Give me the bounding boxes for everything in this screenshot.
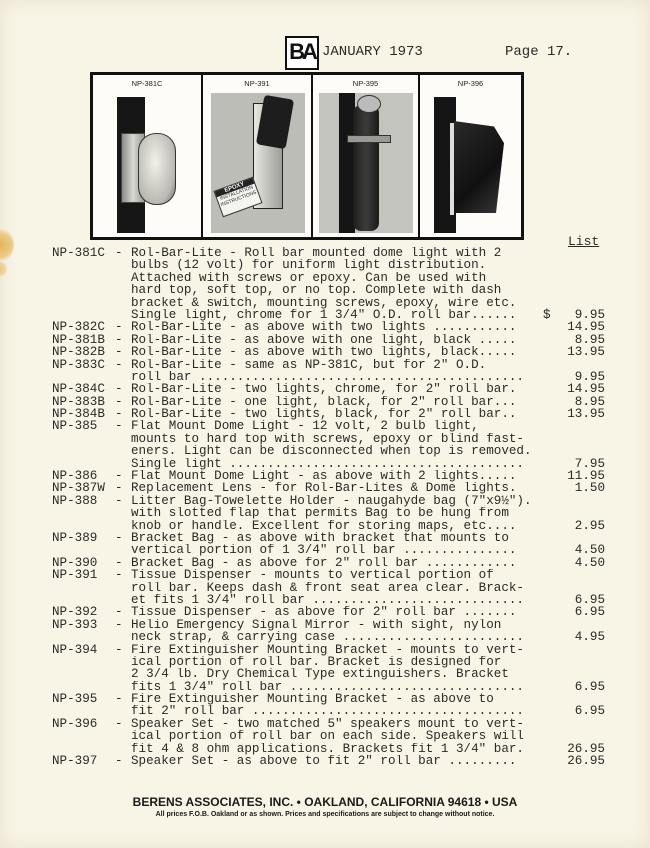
separator xyxy=(115,507,131,519)
entry-line: NP-386-Flat Mount Dome Light - as above … xyxy=(52,470,612,482)
item-description: vertical portion of 1 3/4" roll bar ....… xyxy=(131,544,543,556)
entry-line: NP-381B-Rol-Bar-Lite - as above with one… xyxy=(52,334,612,346)
catalog-entry: NP-391-Tissue Dispenser - mounts to vert… xyxy=(52,569,612,606)
part-number: NP-385 xyxy=(52,420,115,432)
list-price: 14.95 xyxy=(561,321,605,333)
item-description: Flat Mount Dome Light - as above with 2 … xyxy=(131,470,543,482)
item-description: ical portion of roll bar. Bracket is des… xyxy=(131,656,543,668)
item-description: bulbs (12 volt) for uniform light distri… xyxy=(131,259,543,271)
dome-light-lens-image xyxy=(138,133,176,205)
currency-symbol xyxy=(543,681,561,693)
currency-symbol xyxy=(543,569,561,581)
currency-symbol xyxy=(543,557,561,569)
currency-symbol xyxy=(543,482,561,494)
list-price: 13.95 xyxy=(561,408,605,420)
catalog-entry: NP-381C-Rol-Bar-Lite - Roll bar mounted … xyxy=(52,247,612,321)
item-description: Rol-Bar-Lite - one light, black, for 2" … xyxy=(131,396,543,408)
separator xyxy=(115,297,131,309)
list-price: 14.95 xyxy=(561,383,605,395)
catalog-entry: NP-389-Bracket Bag - as above with brack… xyxy=(52,532,612,557)
separator xyxy=(115,544,131,556)
entry-line: NP-388-Litter Bag-Towelette Holder - nau… xyxy=(52,495,612,507)
list-price: 13.95 xyxy=(561,346,605,358)
currency-symbol xyxy=(543,420,561,432)
list-price: 6.95 xyxy=(561,705,605,717)
currency-symbol xyxy=(543,284,561,296)
list-price xyxy=(561,718,605,730)
list-price xyxy=(561,259,605,271)
catalog-entry: NP-383C-Rol-Bar-Lite - same as NP-381C, … xyxy=(52,359,612,384)
item-description: Single light, chrome for 1 3/4" O.D. rol… xyxy=(131,309,543,321)
currency-symbol xyxy=(543,247,561,259)
list-price xyxy=(561,284,605,296)
entry-line: fits 1 3/4" roll bar ...................… xyxy=(52,681,612,693)
entry-line: vertical portion of 1 3/4" roll bar ....… xyxy=(52,544,612,556)
list-price xyxy=(561,507,605,519)
item-description: Rol-Bar-Lite - as above with two lights,… xyxy=(131,346,543,358)
part-number xyxy=(52,730,115,742)
currency-symbol xyxy=(543,594,561,606)
entry-line: hard top, soft top, or no top. Complete … xyxy=(52,284,612,296)
catalog-entry: NP-396-Speaker Set - two matched 5" spea… xyxy=(52,718,612,755)
separator: - xyxy=(115,247,131,259)
entry-line: NP-390-Bracket Bag - as above for 2" rol… xyxy=(52,557,612,569)
currency-symbol xyxy=(543,359,561,371)
separator: - xyxy=(115,718,131,730)
entry-line: NP-387W-Replacement Lens - for Rol-Bar-L… xyxy=(52,482,612,494)
part-number: NP-382C xyxy=(52,321,115,333)
part-number: NP-393 xyxy=(52,619,115,631)
catalog-entry: NP-394-Fire Extinguisher Mounting Bracke… xyxy=(52,644,612,694)
entry-line: NP-396-Speaker Set - two matched 5" spea… xyxy=(52,718,612,730)
currency-symbol xyxy=(543,445,561,457)
page-number: Page 17. xyxy=(505,44,572,60)
catalog-entry: NP-386-Flat Mount Dome Light - as above … xyxy=(52,470,612,482)
photo-label: NP-391 xyxy=(203,79,311,88)
currency-symbol xyxy=(543,383,561,395)
part-number: NP-397 xyxy=(52,755,115,767)
currency-symbol xyxy=(543,619,561,631)
item-description: Single light ...........................… xyxy=(131,458,543,470)
photo-label: NP-396 xyxy=(420,79,521,88)
item-description: Tissue Dispenser - as above for 2" roll … xyxy=(131,606,543,618)
photo-label: NP-395 xyxy=(313,79,418,88)
currency-symbol xyxy=(543,656,561,668)
list-price: 26.95 xyxy=(561,755,605,767)
currency-symbol xyxy=(543,321,561,333)
list-price: 4.50 xyxy=(561,557,605,569)
separator xyxy=(115,259,131,271)
item-description: 2 3/4 lb. Dry Chemical Type extinguisher… xyxy=(131,668,543,680)
part-number: NP-381C xyxy=(52,247,115,259)
separator: - xyxy=(115,482,131,494)
part-number: NP-382B xyxy=(52,346,115,358)
photo-panel-np-381c: NP-381C xyxy=(93,75,203,237)
list-price xyxy=(561,656,605,668)
item-description: roll bar. Keeps dash & front seat area c… xyxy=(131,582,543,594)
item-description: Rol-Bar-Lite - two lights, chrome, for 2… xyxy=(131,383,543,395)
entry-line: roll bar ...............................… xyxy=(52,371,612,383)
currency-symbol xyxy=(543,544,561,556)
list-price: 2.95 xyxy=(561,520,605,532)
item-description: Rol-Bar-Lite - as above with one light, … xyxy=(131,334,543,346)
entry-line: NP-381C-Rol-Bar-Lite - Roll bar mounted … xyxy=(52,247,612,259)
item-description: et fits 1 3/4" roll bar ................… xyxy=(131,594,543,606)
part-number xyxy=(52,668,115,680)
catalog-entry: NP-384B-Rol-Bar-Lite - two lights, black… xyxy=(52,408,612,420)
part-number: NP-389 xyxy=(52,532,115,544)
binder-hole-stain xyxy=(0,262,8,276)
part-number: NP-392 xyxy=(52,606,115,618)
part-number xyxy=(52,259,115,271)
part-number xyxy=(52,284,115,296)
item-description: roll bar ...............................… xyxy=(131,371,543,383)
catalog-entry: NP-381B-Rol-Bar-Lite - as above with one… xyxy=(52,334,612,346)
currency-symbol xyxy=(543,718,561,730)
issue-date: JANUARY 1973 xyxy=(322,44,423,60)
part-number xyxy=(52,631,115,643)
separator: - xyxy=(115,383,131,395)
list-price xyxy=(561,272,605,284)
entry-line: fit 4 & 8 ohm applications. Brackets fit… xyxy=(52,743,612,755)
entry-line: NP-384C-Rol-Bar-Lite - two lights, chrom… xyxy=(52,383,612,395)
separator xyxy=(115,445,131,457)
entry-line: knob or handle. Excellent for storing ma… xyxy=(52,520,612,532)
part-number: NP-395 xyxy=(52,693,115,705)
company-address: BERENS ASSOCIATES, INC. • OAKLAND, CALIF… xyxy=(0,795,650,809)
photo-panel-np-395: NP-395 xyxy=(313,75,420,237)
currency-symbol xyxy=(543,743,561,755)
binder-hole-stain xyxy=(0,228,14,262)
item-description: knob or handle. Excellent for storing ma… xyxy=(131,520,543,532)
item-description: fit 2" roll bar ........................… xyxy=(131,705,543,717)
list-price: 1.50 xyxy=(561,482,605,494)
separator: - xyxy=(115,346,131,358)
speaker-image xyxy=(454,121,504,213)
item-description: Bracket Bag - as above with bracket that… xyxy=(131,532,543,544)
part-number xyxy=(52,272,115,284)
separator: - xyxy=(115,359,131,371)
item-description: Speaker Set - two matched 5" speakers mo… xyxy=(131,718,543,730)
currency-symbol xyxy=(543,705,561,717)
entry-line: NP-394-Fire Extinguisher Mounting Bracke… xyxy=(52,644,612,656)
currency-symbol xyxy=(543,470,561,482)
catalog-entry: NP-382C-Rol-Bar-Lite - as above with two… xyxy=(52,321,612,333)
currency-symbol xyxy=(543,644,561,656)
separator: - xyxy=(115,495,131,507)
currency-symbol xyxy=(543,334,561,346)
currency-symbol xyxy=(543,259,561,271)
photo-panel-np-391: NP-391 EPOXY INSTALLATION INSTRUCTIONS xyxy=(203,75,313,237)
currency-symbol xyxy=(543,606,561,618)
list-price xyxy=(561,730,605,742)
item-description: mounts to hard top with screws, epoxy or… xyxy=(131,433,543,445)
separator xyxy=(115,668,131,680)
part-number: NP-383C xyxy=(52,359,115,371)
list-price xyxy=(561,668,605,680)
fire-extinguisher-image xyxy=(353,105,379,231)
entry-line: NP-392-Tissue Dispenser - as above for 2… xyxy=(52,606,612,618)
item-description: ical portion of roll bar on each side. S… xyxy=(131,730,543,742)
catalog-entry: NP-387W-Replacement Lens - for Rol-Bar-L… xyxy=(52,482,612,494)
entry-line: Single light ...........................… xyxy=(52,458,612,470)
entry-line: 2 3/4 lb. Dry Chemical Type extinguisher… xyxy=(52,668,612,680)
entry-line: bracket & switch, mounting screws, epoxy… xyxy=(52,297,612,309)
list-price xyxy=(561,247,605,259)
separator: - xyxy=(115,606,131,618)
part-number xyxy=(52,544,115,556)
part-number: NP-394 xyxy=(52,644,115,656)
currency-symbol xyxy=(543,458,561,470)
catalog-entry: NP-384C-Rol-Bar-Lite - two lights, chrom… xyxy=(52,383,612,395)
entry-line: with slotted flap that permits Bag to be… xyxy=(52,507,612,519)
list-price xyxy=(561,445,605,457)
part-number: NP-396 xyxy=(52,718,115,730)
currency-symbol xyxy=(543,693,561,705)
item-description: Rol-Bar-Lite - Roll bar mounted dome lig… xyxy=(131,247,543,259)
catalog-entry: NP-383B-Rol-Bar-Lite - one light, black,… xyxy=(52,396,612,408)
entry-line: NP-397-Speaker Set - as above to fit 2" … xyxy=(52,755,612,767)
separator: - xyxy=(115,644,131,656)
item-description: Tissue Dispenser - mounts to vertical po… xyxy=(131,569,543,581)
item-description: Fire Extinguisher Mounting Bracket - as … xyxy=(131,693,543,705)
list-price xyxy=(561,569,605,581)
item-description: Rol-Bar-Lite - two lights, black, for 2"… xyxy=(131,408,543,420)
item-description: with slotted flap that permits Bag to be… xyxy=(131,507,543,519)
currency-symbol xyxy=(543,433,561,445)
separator: - xyxy=(115,693,131,705)
currency-symbol xyxy=(543,346,561,358)
entry-line: ical portion of roll bar on each side. S… xyxy=(52,730,612,742)
separator xyxy=(115,272,131,284)
part-number: NP-387W xyxy=(52,482,115,494)
entry-line: NP-391-Tissue Dispenser - mounts to vert… xyxy=(52,569,612,581)
currency-symbol xyxy=(543,507,561,519)
part-number xyxy=(52,705,115,717)
currency-symbol xyxy=(543,755,561,767)
catalog-entry: NP-395-Fire Extinguisher Mounting Bracke… xyxy=(52,693,612,718)
currency-symbol xyxy=(543,520,561,532)
list-price: 4.95 xyxy=(561,631,605,643)
list-price: 4.50 xyxy=(561,544,605,556)
entry-line: et fits 1 3/4" roll bar ................… xyxy=(52,594,612,606)
currency-symbol xyxy=(543,396,561,408)
part-number xyxy=(52,507,115,519)
currency-symbol xyxy=(543,730,561,742)
catalog-entry: NP-390-Bracket Bag - as above for 2" rol… xyxy=(52,557,612,569)
item-description: Helio Emergency Signal Mirror - with sig… xyxy=(131,619,543,631)
list-price xyxy=(561,495,605,507)
separator xyxy=(115,433,131,445)
catalog-entry: NP-393-Helio Emergency Signal Mirror - w… xyxy=(52,619,612,644)
item-description: fits 1 3/4" roll bar ...................… xyxy=(131,681,543,693)
item-description: eners. Light can be disconnected when to… xyxy=(131,445,543,457)
list-price xyxy=(561,433,605,445)
item-description: Replacement Lens - for Rol-Bar-Lites & D… xyxy=(131,482,543,494)
item-description: hard top, soft top, or no top. Complete … xyxy=(131,284,543,296)
entry-line: NP-383B-Rol-Bar-Lite - one light, black,… xyxy=(52,396,612,408)
list-price xyxy=(561,644,605,656)
separator xyxy=(115,631,131,643)
entry-line: NP-384B-Rol-Bar-Lite - two lights, black… xyxy=(52,408,612,420)
list-price xyxy=(561,420,605,432)
item-description: Litter Bag-Towelette Holder - naugahyde … xyxy=(131,495,543,507)
currency-symbol xyxy=(543,532,561,544)
entry-line: NP-385-Flat Mount Dome Light - 12 volt, … xyxy=(52,420,612,432)
catalog-list: NP-381C-Rol-Bar-Lite - Roll bar mounted … xyxy=(52,247,612,767)
part-number xyxy=(52,445,115,457)
catalog-entry: NP-392-Tissue Dispenser - as above for 2… xyxy=(52,606,612,618)
separator: - xyxy=(115,321,131,333)
bracket-plate-image xyxy=(450,123,454,215)
item-description: Fire Extinguisher Mounting Bracket - mou… xyxy=(131,644,543,656)
separator: - xyxy=(115,569,131,581)
currency-symbol xyxy=(543,668,561,680)
part-number xyxy=(52,297,115,309)
currency-symbol: $ xyxy=(543,309,561,321)
entry-line: Single light, chrome for 1 3/4" O.D. rol… xyxy=(52,309,612,321)
catalog-entry: NP-388-Litter Bag-Towelette Holder - nau… xyxy=(52,495,612,532)
item-description: Rol-Bar-Lite - as above with two lights … xyxy=(131,321,543,333)
product-photo-strip: NP-381C NP-391 EPOXY INSTALLATION INSTRU… xyxy=(90,72,524,240)
catalog-entry: NP-385-Flat Mount Dome Light - 12 volt, … xyxy=(52,420,612,470)
entry-line: fit 2" roll bar ........................… xyxy=(52,705,612,717)
catalog-entry: NP-397-Speaker Set - as above to fit 2" … xyxy=(52,755,612,767)
separator xyxy=(115,284,131,296)
catalog-entry: NP-382B-Rol-Bar-Lite - as above with two… xyxy=(52,346,612,358)
part-number: NP-384C xyxy=(52,383,115,395)
pricing-disclaimer: All prices F.O.B. Oakland or as shown. P… xyxy=(0,811,650,818)
part-number: NP-388 xyxy=(52,495,115,507)
entry-line: Attached with screws or epoxy. Can be us… xyxy=(52,272,612,284)
entry-line: NP-395-Fire Extinguisher Mounting Bracke… xyxy=(52,693,612,705)
separator xyxy=(115,730,131,742)
item-description: Bracket Bag - as above for 2" roll bar .… xyxy=(131,557,543,569)
separator: - xyxy=(115,755,131,767)
extinguisher-valve-image xyxy=(357,95,381,113)
currency-symbol xyxy=(543,582,561,594)
list-price: 6.95 xyxy=(561,606,605,618)
currency-symbol xyxy=(543,408,561,420)
item-description: fit 4 & 8 ohm applications. Brackets fit… xyxy=(131,743,543,755)
separator xyxy=(115,656,131,668)
entry-line: NP-383C-Rol-Bar-Lite - same as NP-381C, … xyxy=(52,359,612,371)
currency-symbol xyxy=(543,371,561,383)
item-description: bracket & switch, mounting screws, epoxy… xyxy=(131,297,543,309)
currency-symbol xyxy=(543,631,561,643)
list-price: 6.95 xyxy=(561,681,605,693)
separator: - xyxy=(115,619,131,631)
entry-line: ical portion of roll bar. Bracket is des… xyxy=(52,656,612,668)
entry-line: NP-382B-Rol-Bar-Lite - as above with two… xyxy=(52,346,612,358)
bracket-strap-image xyxy=(347,135,391,143)
currency-symbol xyxy=(543,495,561,507)
part-number xyxy=(52,656,115,668)
item-description: Attached with screws or epoxy. Can be us… xyxy=(131,272,543,284)
entry-line: NP-382C-Rol-Bar-Lite - as above with two… xyxy=(52,321,612,333)
item-description: neck strap, & carrying case ............… xyxy=(131,631,543,643)
currency-symbol xyxy=(543,272,561,284)
photo-panel-np-396: NP-396 xyxy=(420,75,521,237)
part-number: NP-391 xyxy=(52,569,115,581)
entry-line: eners. Light can be disconnected when to… xyxy=(52,445,612,457)
separator: - xyxy=(115,532,131,544)
entry-line: bulbs (12 volt) for uniform light distri… xyxy=(52,259,612,271)
entry-line: neck strap, & carrying case ............… xyxy=(52,631,612,643)
separator xyxy=(115,705,131,717)
part-number xyxy=(52,582,115,594)
entry-line: NP-389-Bracket Bag - as above with brack… xyxy=(52,532,612,544)
company-logo: BA xyxy=(285,36,319,70)
part-number xyxy=(52,433,115,445)
item-description: Flat Mount Dome Light - 12 volt, 2 bulb … xyxy=(131,420,543,432)
photo-label: NP-381C xyxy=(93,79,201,88)
item-description: Speaker Set - as above to fit 2" roll ba… xyxy=(131,755,543,767)
entry-line: NP-393-Helio Emergency Signal Mirror - w… xyxy=(52,619,612,631)
entry-line: mounts to hard top with screws, epoxy or… xyxy=(52,433,612,445)
entry-line: roll bar. Keeps dash & front seat area c… xyxy=(52,582,612,594)
item-description: Rol-Bar-Lite - same as NP-381C, but for … xyxy=(131,359,543,371)
separator xyxy=(115,582,131,594)
separator: - xyxy=(115,420,131,432)
